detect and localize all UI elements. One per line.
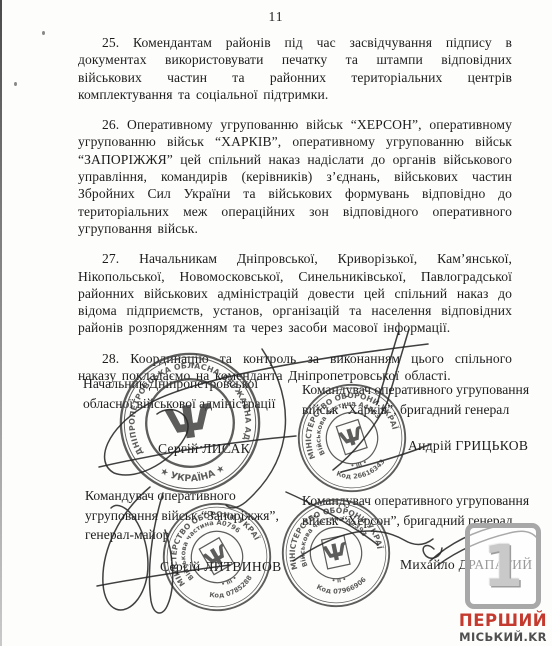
svg-text:Код 07966906: Код 07966906 [314, 573, 370, 601]
svg-text:• ІІІ •: • ІІІ • [349, 458, 369, 471]
page-number: 11 [0, 9, 552, 25]
scanned-order-page: 11 25. Комендантам районів під час засві… [0, 0, 552, 646]
trident-emblem: Ѱ [162, 393, 217, 452]
watermark-digit-one: 1 [483, 537, 523, 595]
watermark-brand-line1: ПЕРШИЙ [458, 611, 548, 630]
order-paragraph-26: 26. Оперативному угрупованню військ “ХЕР… [78, 116, 512, 237]
scan-speck [14, 82, 17, 86]
news-watermark: 1 ПЕРШИЙ МІСЬКИЙ.KR [458, 523, 548, 644]
stamp-code-text: Код 07966906 [314, 573, 370, 601]
scan-speck [42, 31, 45, 35]
scan-edge-artifact [0, 0, 2, 646]
stamp-military-unit-a2393: МІНІСТЕРСТВО ОБОРОНИ УКРАЇНИ Код 0796690… [268, 485, 403, 620]
watermark-brand-line2: МІСЬКИЙ.KR [458, 630, 548, 644]
order-text-body: 25. Комендантам районів під час засвідчу… [78, 34, 512, 397]
order-paragraph-25: 25. Комендантам районів під час засвідчу… [78, 34, 512, 103]
trident-emblem: Ѱ [321, 538, 351, 569]
stamp-oblast-administration: ДНІПРОПЕТРОВСЬКА ОБЛАСНА ДЕРЖАВНА АДМІНІ… [108, 341, 273, 506]
watermark-logo-box: 1 [465, 523, 541, 609]
stamp-roman-text: • ІІІ • [349, 458, 369, 471]
trident-emblem: Ѱ [200, 539, 235, 574]
signatory-name-hrytskov: Андрій ГРИЦЬКОВ [408, 438, 528, 454]
order-paragraph-27: 27. Начальникам Дніпровської, Криворізьк… [78, 250, 512, 336]
